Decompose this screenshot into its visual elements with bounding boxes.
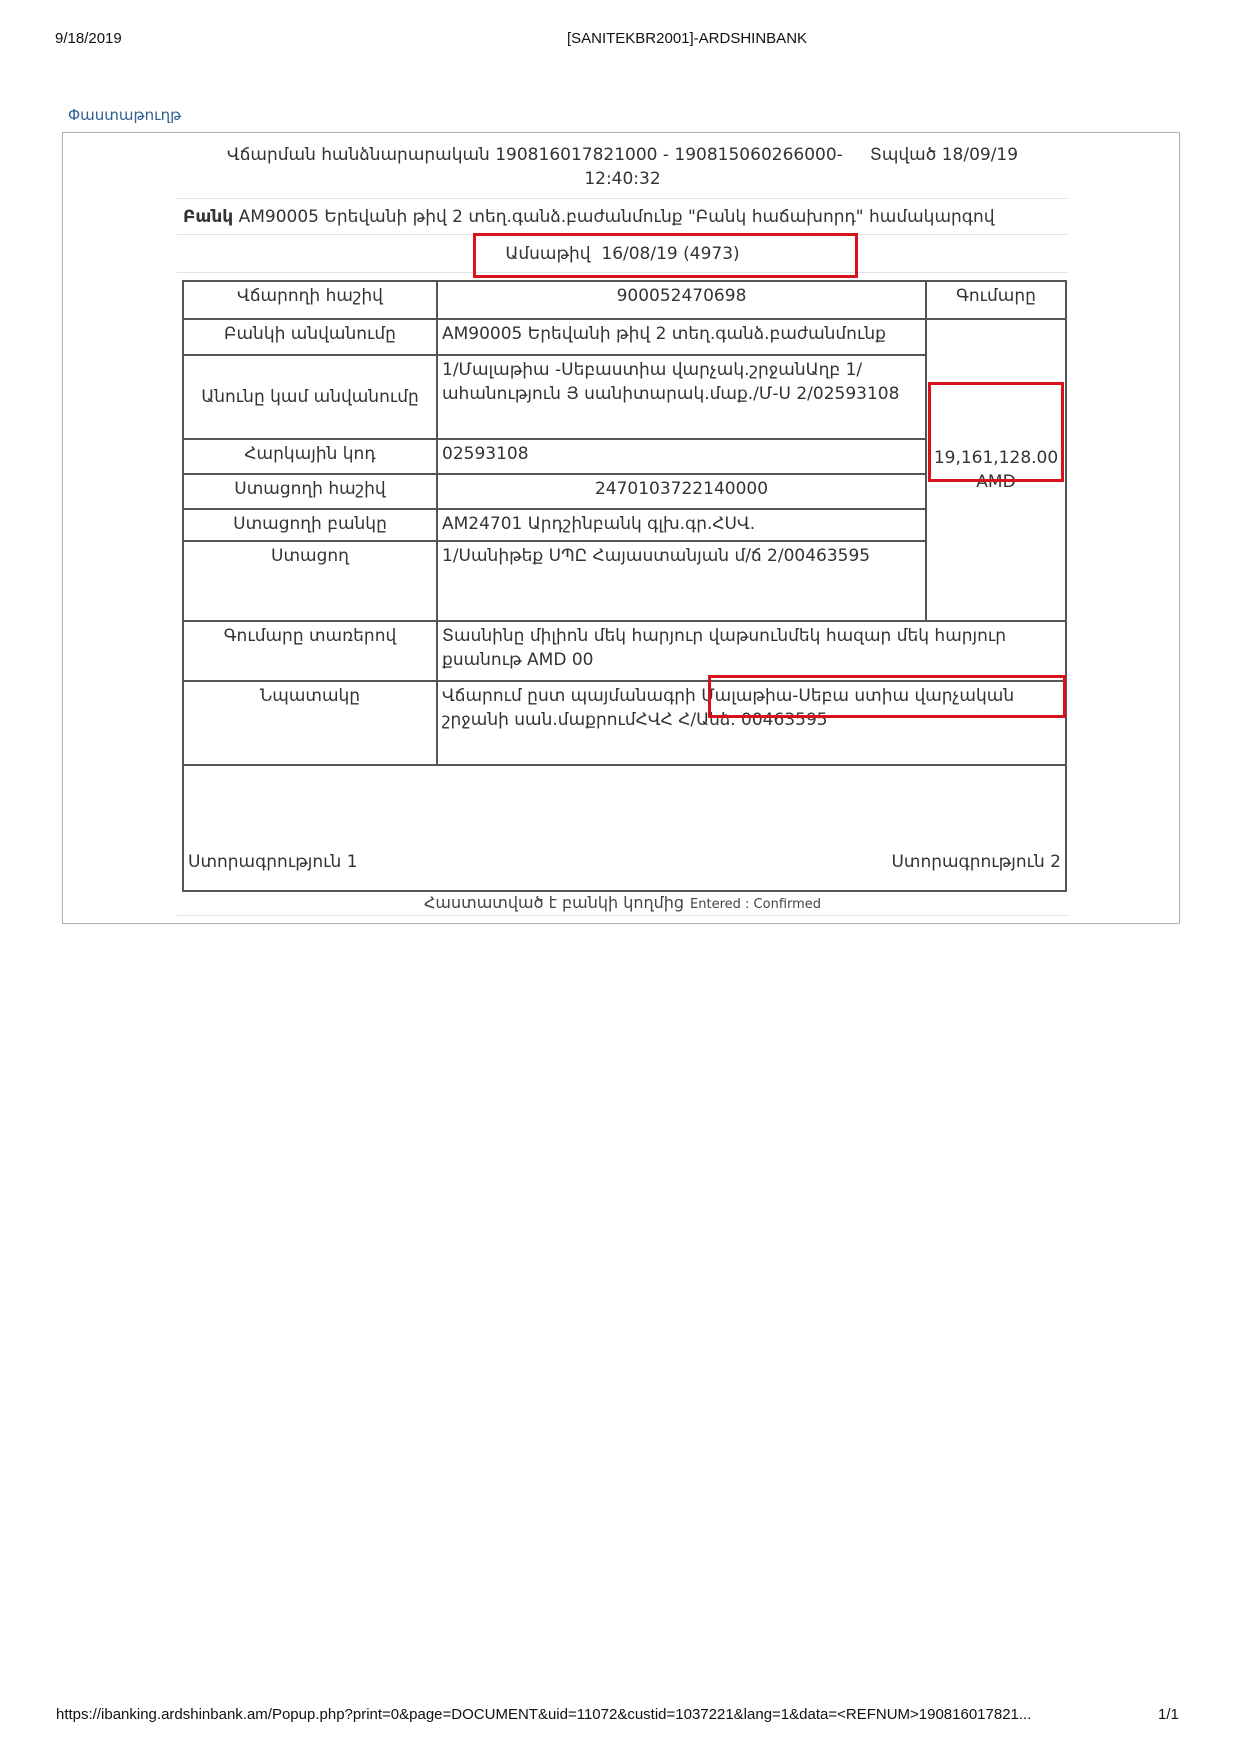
row-label: Նպատակը <box>183 681 437 765</box>
print-title: [SANITEKBR2001]-ARDSHINBANK <box>0 30 1239 47</box>
amount-in-words: Տասնինը միլիոն մեկ հարյուր վաթսունմեկ հա… <box>437 621 1066 681</box>
document-label: Փաստաթուղթ <box>68 106 181 124</box>
row-label: Հարկային կոդ <box>183 439 437 474</box>
confirmation-line: Հաստատված է բանկի կողմիցEntered : Confir… <box>177 893 1068 916</box>
doc-header: Վճարման հանձնարարական 190816017821000 - … <box>177 133 1068 199</box>
amount-value: 19,161,128.00 <box>934 448 1058 468</box>
row-label: Ստացողի բանկը <box>183 509 437 541</box>
bank-name: AM90005 Երեվանի թիվ 2 տեղ.գանձ.բաժանմուն… <box>437 319 926 355</box>
print-footer-url: https://ibanking.ardshinbank.am/Popup.ph… <box>56 1706 1031 1723</box>
confirmation-text: Հաստատված է բանկի կողմից <box>424 893 684 912</box>
purpose-part-3: շրջանի սան.մաքրումՀՎՀ Հ/Անձ. 00463595 <box>442 710 828 730</box>
tax-code: 02593108 <box>437 439 926 474</box>
order-label: Վճարման հանձնարարական <box>227 145 490 165</box>
signature-row: Ստորագրություն 1 Ստորագրություն 2 <box>183 765 1066 891</box>
row-label: Վճարողի հաշիվ <box>183 281 437 319</box>
row-label: Բանկի անվանումը <box>183 319 437 355</box>
purpose: Վճարում ըստ պայմանագրի Մալաթիա-Սեբա ստիա… <box>437 681 1066 765</box>
signature-1: Ստորագրություն 1 <box>188 850 358 874</box>
row-label: Ստացողի հաշիվ <box>183 474 437 509</box>
table-row: Գումարը տառերով Տասնինը միլիոն մեկ հարյո… <box>183 621 1066 681</box>
bank-value: AM90005 Երեվանի թիվ 2 տեղ.գանձ.բաժանմուն… <box>239 207 995 227</box>
date-value: 16/08/19 (4973) <box>601 244 739 264</box>
payer-name: 1/Մալաթիա -Սեբաստիա վարչակ.շրջանԱղբ 1/ ա… <box>437 355 926 439</box>
amount-header: Գումարը <box>926 281 1066 319</box>
bank-label: Բանկ <box>183 207 233 227</box>
signature-2: Ստորագրություն 2 <box>891 850 1061 874</box>
payer-account: 900052470698 <box>437 281 926 319</box>
table-row: Ստացող 1/Սանիթեք ՍՊԸ Հայաստանյան մ/ճ 2/0… <box>183 541 1066 621</box>
printed-time: 12:40:32 <box>584 169 660 189</box>
payment-table: Վճարողի հաշիվ 900052470698 Գումարը Բանկի… <box>182 280 1067 892</box>
date-line: Ամսաթիվ 16/08/19 (4973) <box>177 236 1068 273</box>
signature-cell: Ստորագրություն 1 Ստորագրություն 2 <box>183 765 1066 891</box>
amount-currency: AMD <box>976 472 1015 492</box>
date-label: Ամսաթիվ <box>505 244 590 264</box>
table-row: Բանկի անվանումը AM90005 Երեվանի թիվ 2 տե… <box>183 319 1066 355</box>
purpose-part-1: Վճարում ըստ պայմանագրի <box>442 686 701 706</box>
row-label: Ստացող <box>183 541 437 621</box>
row-label: Գումարը տառերով <box>183 621 437 681</box>
table-row: Նպատակը Վճարում ըստ պայմանագրի Մալաթիա-Ս… <box>183 681 1066 765</box>
confirmation-status: Entered : Confirmed <box>690 897 821 912</box>
recipient-bank: AM24701 Արդշինբանկ գլխ.գր.ՀՍՎ. <box>437 509 926 541</box>
recipient-account: 2470103722140000 <box>437 474 926 509</box>
print-footer-page: 1/1 <box>1158 1706 1179 1723</box>
recipient: 1/Սանիթեք ՍՊԸ Հայաստանյան մ/ճ 2/00463595 <box>437 541 1066 621</box>
printed-date: 18/09/19 <box>942 145 1018 165</box>
order-numbers: 190816017821000 - 190815060266000- <box>495 145 843 165</box>
bank-line: Բանկ AM90005 Երեվանի թիվ 2 տեղ.գանձ.բաժա… <box>177 200 1068 235</box>
table-row: Վճարողի հաշիվ 900052470698 Գումարը <box>183 281 1066 319</box>
row-label: Անունը կամ անվանումը <box>183 355 437 439</box>
purpose-part-2: Մալաթիա-Սեբա ստիա վարչական <box>701 686 1014 706</box>
printed-label: Տպված <box>870 145 936 165</box>
